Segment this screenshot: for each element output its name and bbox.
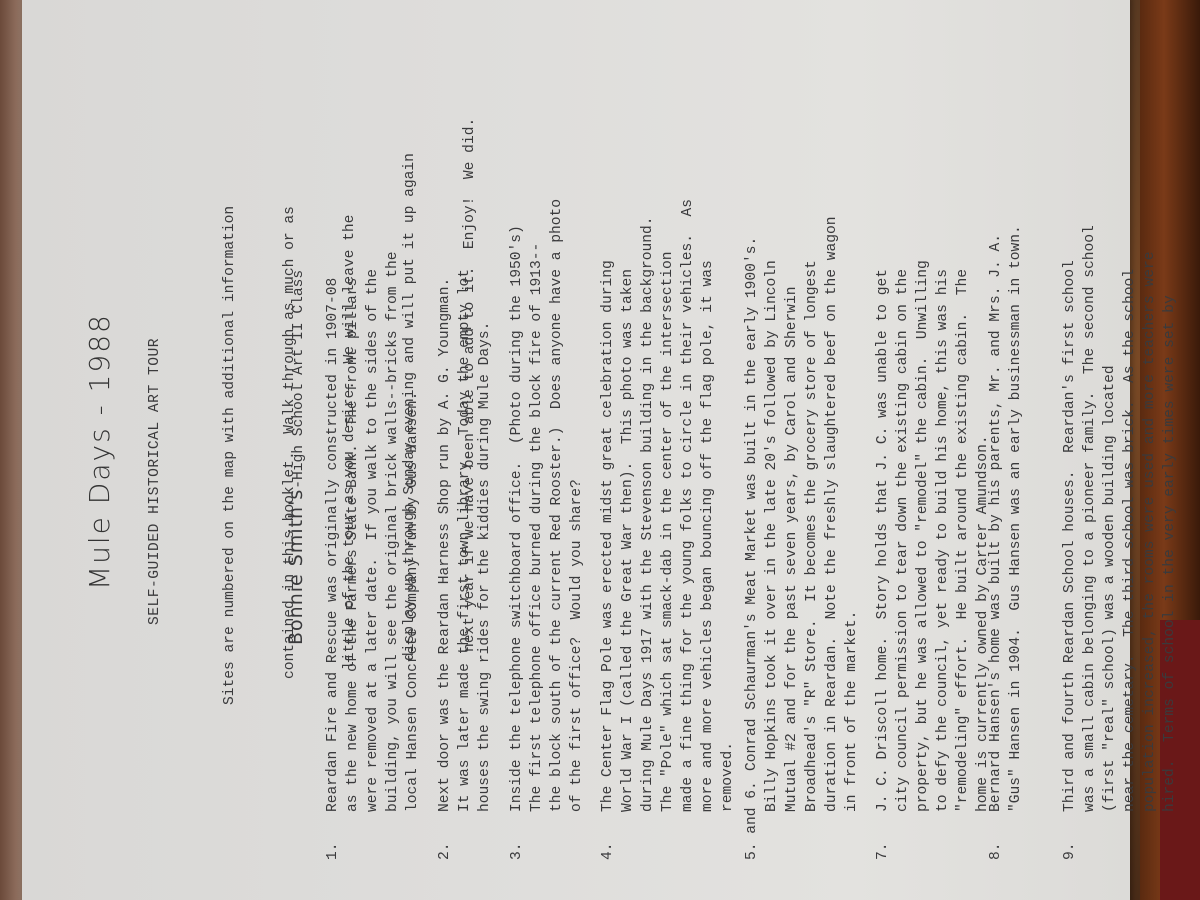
item-number: 8. — [986, 842, 1006, 860]
item-number: 1. — [323, 842, 343, 860]
handwritten-title: Mule Days - 1988 — [90, 313, 110, 590]
intro-line: Sites are numbered on the map with addit… — [220, 105, 240, 705]
item-number: 3. — [507, 842, 527, 860]
item-number: 7. — [873, 842, 893, 860]
credit-typed: -High School Art II Class — [291, 270, 307, 489]
item-text: Bernard Hansen's home was built by his p… — [986, 225, 1026, 812]
item-text: Inside the telephone switchboard office.… — [507, 199, 587, 812]
credit-line: Bonnie Smith's-High School Art II Class — [286, 270, 309, 645]
item-text: J. C. Driscoll home. Story holds that J.… — [873, 260, 993, 812]
item-number: 9. — [1060, 842, 1080, 860]
item-text: Conrad Schaurman's Meat Market was built… — [742, 216, 862, 812]
item-text: The Center Flag Pole was erected midst g… — [598, 199, 738, 812]
credit-handwritten: Bonnie Smith's — [285, 489, 307, 645]
item-number: 4. — [598, 842, 618, 860]
document-subtitle: SELF-GUIDED HISTORICAL ART TOUR — [145, 338, 165, 625]
item-text: Reardan Fire and Rescue was originally c… — [323, 252, 423, 813]
item-text: Next door was the Reardan Harness Shop r… — [435, 269, 495, 812]
item-number: 2. — [435, 842, 455, 860]
document-page: Mule Days - 1988 SELF-GUIDED HISTORICAL … — [20, 20, 1120, 900]
item-text: Third and fourth Reardan School houses. … — [1060, 225, 1180, 812]
